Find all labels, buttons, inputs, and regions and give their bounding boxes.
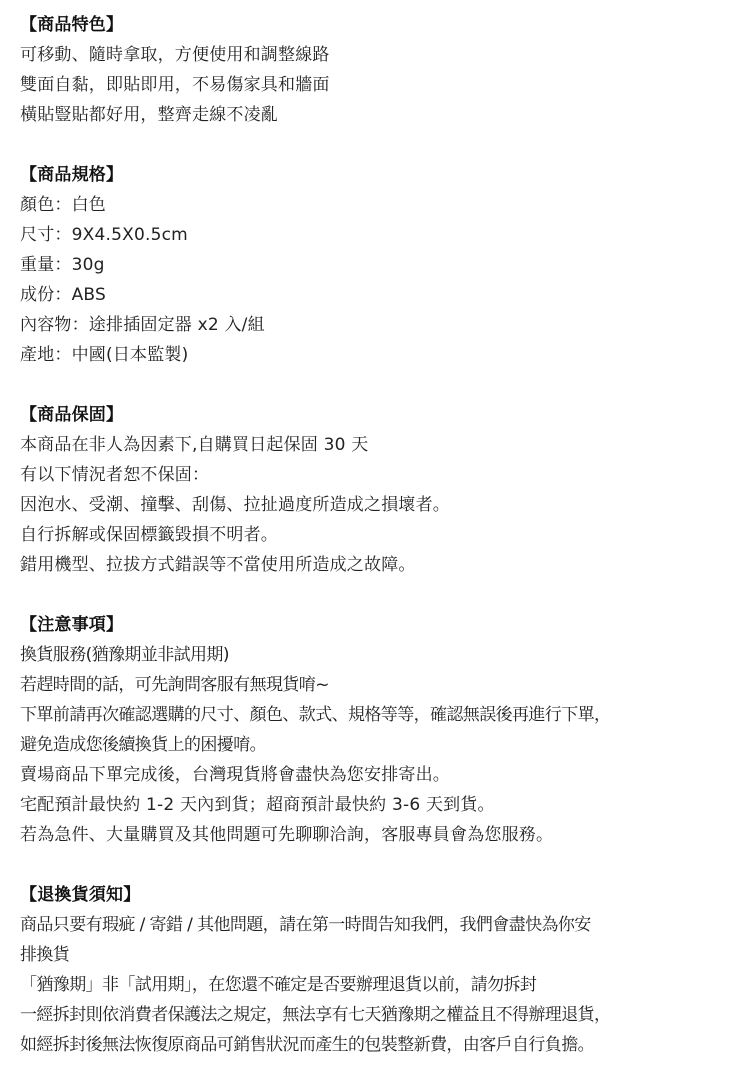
spacer [20,130,750,160]
text-line: 賣場商品下單完成後，台灣現貨將會盡快為您安排寄出。 [20,760,750,790]
section-specs: 【商品規格】 顏色：白色 尺寸：9X4.5X0.5cm 重量：30g 成份：AB… [20,160,750,370]
text-line: 自行拆解或保固標籤毀損不明者。 [20,520,750,550]
text-line: 排換貨 [20,940,750,970]
text-line: 「猶豫期」非「試用期」，在您還不確定是否要辦理退貨以前，請勿拆封 [20,970,750,1000]
text-line: 若趕時間的話，可先詢問客服有無現貨唷~ [20,670,750,700]
text-line: 可移動、隨時拿取，方便使用和調整線路 [20,40,750,70]
text-line: 橫貼豎貼都好用，整齊走線不凌亂 [20,100,750,130]
product-description: 【商品特色】 可移動、隨時拿取，方便使用和調整線路 雙面自黏，即貼即用，不易傷家… [0,0,750,1060]
spec-contents: 內容物：途排插固定器 x2 入/組 [20,310,750,340]
section-features: 【商品特色】 可移動、隨時拿取，方便使用和調整線路 雙面自黏，即貼即用，不易傷家… [20,10,750,130]
section-returns: 【退換貨須知】 商品只要有瑕疵 / 寄錯 / 其他問題，請在第一時間告知我們，我… [20,880,750,1060]
spec-material: 成份：ABS [20,280,750,310]
text-line: 一經拆封則依消費者保護法之規定，無法享有七天猶豫期之權益且不得辦理退貨， [20,1000,750,1030]
section-heading: 【商品規格】 [20,160,750,190]
spacer [20,580,750,610]
text-line: 因泡水、受潮、撞擊、刮傷、拉扯過度所造成之損壞者。 [20,490,750,520]
text-line: 商品只要有瑕疵 / 寄錯 / 其他問題，請在第一時間告知我們，我們會盡快為你安 [20,910,750,940]
section-warranty: 【商品保固】 本商品在非人為因素下,自購買日起保固 30 天 有以下情況者恕不保… [20,400,750,580]
text-line: 避免造成您後續換貨上的困擾唷。 [20,730,750,760]
text-line: 若為急件、大量購買及其他問題可先聊聊洽詢，客服專員會為您服務。 [20,820,750,850]
section-notes: 【注意事項】 換貨服務(猶豫期並非試用期) 若趕時間的話，可先詢問客服有無現貨唷… [20,610,750,850]
section-heading: 【注意事項】 [20,610,750,640]
spec-color: 顏色：白色 [20,190,750,220]
spacer [20,850,750,880]
text-line: 換貨服務(猶豫期並非試用期) [20,640,750,670]
text-line: 有以下情況者恕不保固： [20,460,750,490]
spec-origin: 產地：中國(日本監製) [20,340,750,370]
section-heading: 【退換貨須知】 [20,880,750,910]
text-line: 錯用機型、拉拔方式錯誤等不當使用所造成之故障。 [20,550,750,580]
section-heading: 【商品保固】 [20,400,750,430]
text-line: 雙面自黏，即貼即用，不易傷家具和牆面 [20,70,750,100]
text-line: 本商品在非人為因素下,自購買日起保固 30 天 [20,430,750,460]
text-line: 宅配預計最快約 1-2 天內到貨；超商預計最快約 3-6 天到貨。 [20,790,750,820]
text-line: 下單前請再次確認選購的尺寸、顏色、款式、規格等等，確認無誤後再進行下單， [20,700,750,730]
text-line: 如經拆封後無法恢復原商品可銷售狀況而產生的包裝整新費，由客戶自行負擔。 [20,1030,750,1060]
spacer [20,370,750,400]
spec-size: 尺寸：9X4.5X0.5cm [20,220,750,250]
spec-weight: 重量：30g [20,250,750,280]
section-heading: 【商品特色】 [20,10,750,40]
